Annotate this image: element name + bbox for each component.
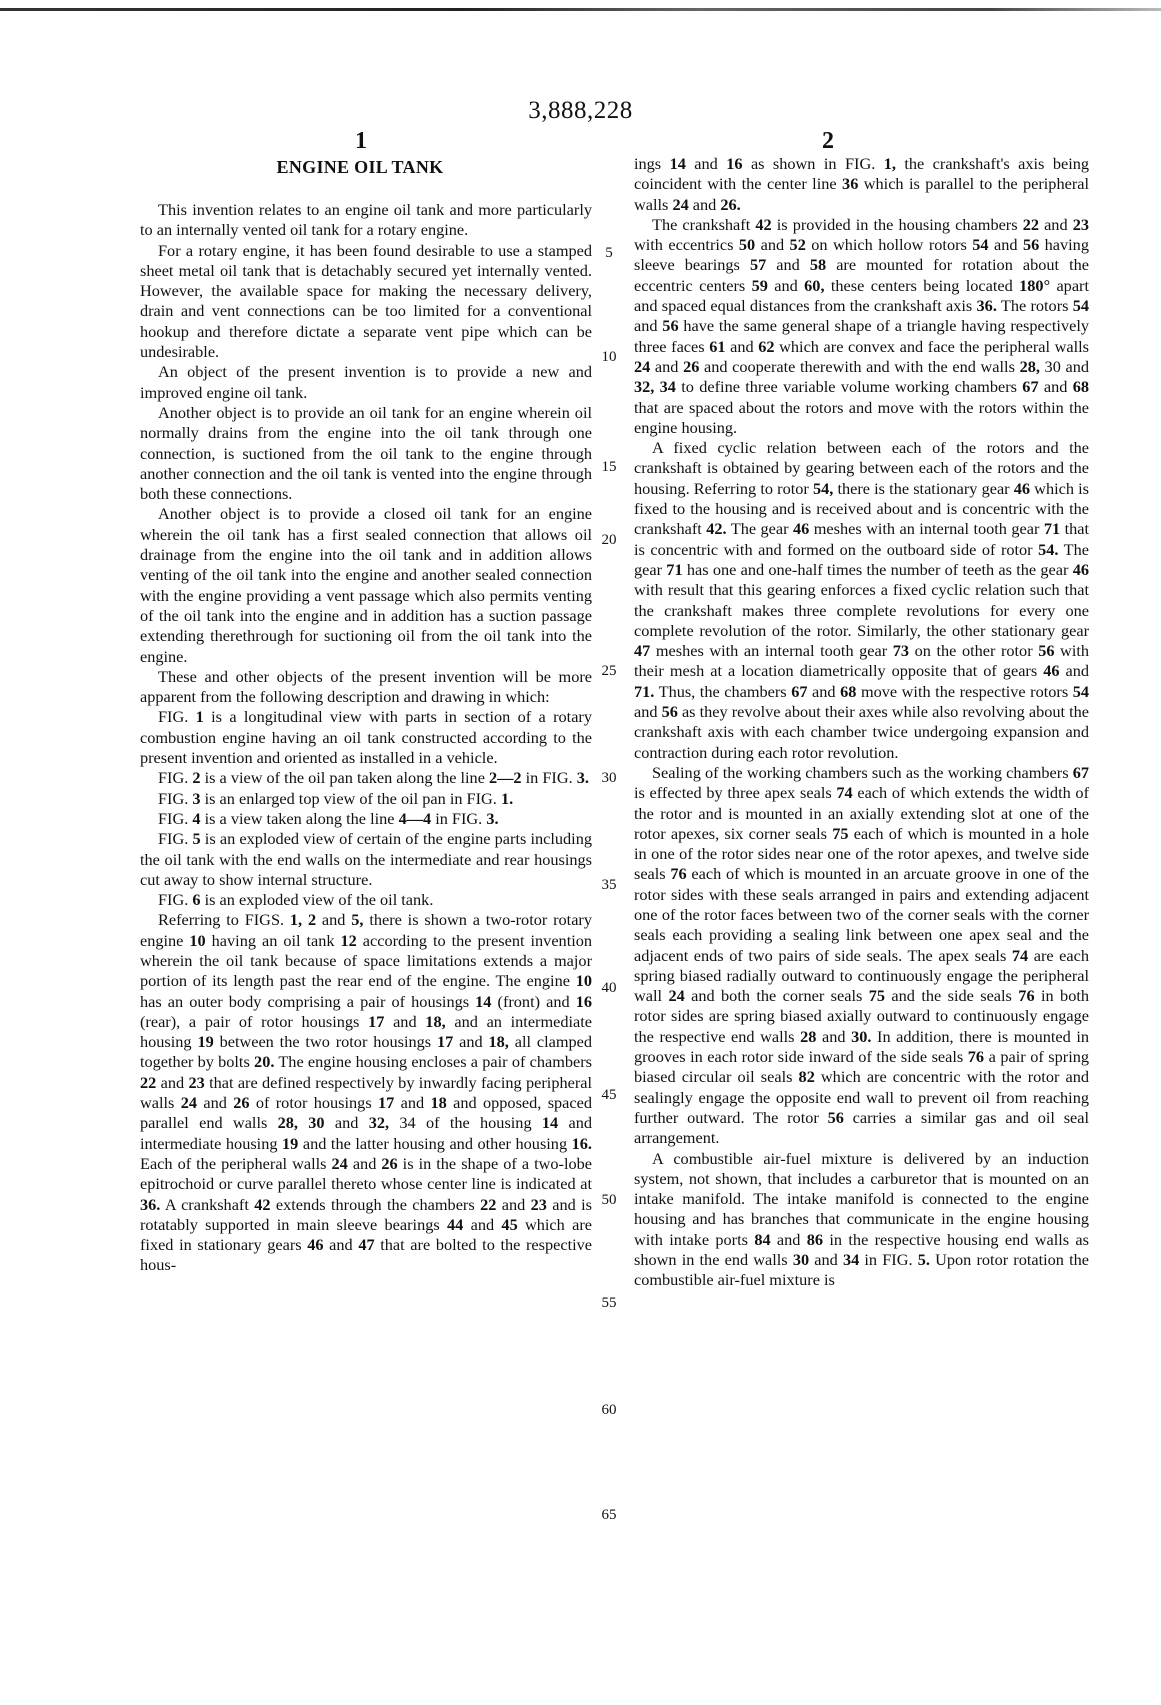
reference-numeral: 36 bbox=[842, 174, 858, 193]
text-run: and bbox=[816, 1027, 851, 1046]
line-number: 45 bbox=[594, 1087, 624, 1104]
reference-numeral: 14 bbox=[670, 154, 686, 173]
paragraph: FIG. 6 is an exploded view of the oil ta… bbox=[140, 890, 592, 910]
right-text-column: ings 14 and 16 as shown in FIG. 1, the c… bbox=[634, 154, 1089, 1291]
text-run: ings bbox=[634, 154, 670, 173]
reference-numeral: 45 bbox=[501, 1215, 517, 1234]
text-run: as they revolve about their axes while a… bbox=[634, 702, 1089, 762]
text-run: and bbox=[496, 1195, 530, 1214]
reference-numeral: 46 bbox=[793, 519, 809, 538]
reference-numeral: 28, 30 bbox=[278, 1113, 325, 1132]
reference-numeral: 46 bbox=[1073, 560, 1089, 579]
reference-numeral: 50 bbox=[739, 235, 755, 254]
reference-numeral: 17 bbox=[437, 1032, 453, 1051]
reference-numeral: 82 bbox=[799, 1067, 815, 1086]
text-run: For a rotary engine, it has been found d… bbox=[140, 241, 592, 361]
reference-numeral: 22 bbox=[1023, 215, 1039, 234]
reference-numeral: 24 bbox=[668, 986, 684, 1005]
reference-numeral: 56 bbox=[662, 702, 678, 721]
reference-numeral: 30 bbox=[793, 1250, 809, 1269]
text-run: The rotors bbox=[997, 296, 1073, 315]
reference-numeral: 54 bbox=[1073, 682, 1089, 701]
right-column-number: 2 bbox=[822, 128, 834, 155]
reference-numeral: 23 bbox=[1073, 215, 1089, 234]
reference-numeral: 28 bbox=[800, 1027, 816, 1046]
top-scan-rule bbox=[0, 8, 1161, 11]
reference-numeral: 28, bbox=[1020, 357, 1040, 376]
text-run: (rear), a pair of rotor housings bbox=[140, 1012, 368, 1031]
reference-numeral: 42. bbox=[706, 519, 726, 538]
reference-numeral: 54, bbox=[813, 479, 833, 498]
text-run: 34 of the housing bbox=[389, 1113, 542, 1132]
reference-numeral: 14 bbox=[475, 992, 491, 1011]
line-number: 10 bbox=[594, 349, 624, 366]
reference-numeral: 74 bbox=[836, 783, 852, 802]
text-run: and both the corner seals bbox=[685, 986, 869, 1005]
text-run: on which hollow rotors bbox=[806, 235, 972, 254]
reference-numeral: 67 bbox=[1022, 377, 1038, 396]
reference-numeral: 59 bbox=[752, 276, 768, 295]
reference-numeral: 24 bbox=[181, 1093, 197, 1112]
text-run: FIG. bbox=[158, 829, 192, 848]
text-run: FIG. bbox=[158, 707, 196, 726]
paragraph: For a rotary engine, it has been found d… bbox=[140, 241, 592, 363]
text-run: and bbox=[325, 1113, 369, 1132]
text-run: meshes with an internal tooth gear bbox=[809, 519, 1044, 538]
reference-numeral: 10 bbox=[189, 931, 205, 950]
reference-numeral: 71 bbox=[666, 560, 682, 579]
reference-numeral: 18, bbox=[489, 1032, 509, 1051]
text-run: in FIG. bbox=[859, 1250, 918, 1269]
reference-numeral: 52 bbox=[790, 235, 806, 254]
text-run: with result that this gearing enforces a… bbox=[634, 580, 1089, 640]
text-run: FIG. bbox=[158, 890, 192, 909]
text-run: with eccentrics bbox=[634, 235, 739, 254]
reference-numeral: 22 bbox=[140, 1073, 156, 1092]
reference-numeral: 42 bbox=[254, 1195, 270, 1214]
reference-numeral: 46 bbox=[1043, 661, 1059, 680]
text-run: and bbox=[634, 702, 662, 721]
reference-numeral: 26 bbox=[381, 1154, 397, 1173]
text-run: and bbox=[324, 1235, 359, 1254]
reference-numeral: 5, bbox=[351, 910, 363, 929]
text-run: Another object is to provide an oil tank… bbox=[140, 403, 592, 503]
text-run: is a view taken along the line bbox=[201, 809, 399, 828]
line-number: 5 bbox=[594, 245, 624, 262]
line-number: 30 bbox=[594, 770, 624, 787]
paragraph: Sealing of the working chambers such as … bbox=[634, 763, 1089, 1149]
reference-numeral: 14 bbox=[542, 1113, 558, 1132]
reference-numeral: 6 bbox=[192, 890, 200, 909]
document-title: ENGINE OIL TANK bbox=[140, 157, 580, 178]
text-run: and bbox=[384, 1012, 425, 1031]
reference-numeral: 73 bbox=[893, 641, 909, 660]
text-run: of rotor housings bbox=[250, 1093, 379, 1112]
text-run: having an oil tank bbox=[206, 931, 341, 950]
text-run: and bbox=[766, 255, 810, 274]
reference-numeral: 47 bbox=[358, 1235, 374, 1254]
text-run: An object of the present invention is to… bbox=[140, 362, 592, 401]
text-run: and bbox=[1039, 215, 1073, 234]
text-run: (front) and bbox=[491, 992, 575, 1011]
reference-numeral: 1, bbox=[884, 154, 896, 173]
reference-numeral: 19 bbox=[197, 1032, 213, 1051]
reference-numeral: 75 bbox=[832, 824, 848, 843]
text-run: and bbox=[650, 357, 683, 376]
text-run: and the latter housing and other housing bbox=[298, 1134, 571, 1153]
reference-numeral: 19 bbox=[282, 1134, 298, 1153]
reference-numeral: 71 bbox=[1044, 519, 1060, 538]
reference-numeral: 1. bbox=[501, 789, 513, 808]
reference-numeral: 24 bbox=[634, 357, 650, 376]
text-run: to define three variable volume working … bbox=[676, 377, 1022, 396]
text-run: Thus, the chambers bbox=[654, 682, 791, 701]
reference-numeral: 76 bbox=[968, 1047, 984, 1066]
text-run: and bbox=[316, 910, 351, 929]
text-run: A crankshaft bbox=[160, 1195, 254, 1214]
text-run: These and other objects of the present i… bbox=[140, 667, 592, 706]
paragraph: FIG. 2 is a view of the oil pan taken al… bbox=[140, 768, 592, 788]
reference-numeral: 5. bbox=[918, 1250, 930, 1269]
reference-numeral: 5 bbox=[192, 829, 200, 848]
text-run: extends through the chambers bbox=[271, 1195, 481, 1214]
reference-numeral: 76 bbox=[670, 864, 686, 883]
line-number: 15 bbox=[594, 459, 624, 476]
reference-numeral: 12 bbox=[341, 931, 357, 950]
line-number: 40 bbox=[594, 980, 624, 997]
reference-numeral: 36. bbox=[977, 296, 997, 315]
line-number: 55 bbox=[594, 1295, 624, 1312]
paragraph: These and other objects of the present i… bbox=[140, 667, 592, 708]
line-number: 20 bbox=[594, 532, 624, 549]
reference-numeral: 1, 2 bbox=[290, 910, 316, 929]
line-number: 65 bbox=[594, 1507, 624, 1524]
reference-numeral: 54. bbox=[1038, 540, 1058, 559]
text-run: and bbox=[689, 195, 721, 214]
text-run: The engine housing encloses a pair of ch… bbox=[274, 1052, 592, 1071]
text-run: and bbox=[348, 1154, 382, 1173]
patent-number: 3,888,228 bbox=[0, 97, 1161, 125]
reference-numeral: 71. bbox=[634, 682, 654, 701]
reference-numeral: 84 bbox=[754, 1230, 770, 1249]
reference-numeral: 26. bbox=[720, 195, 740, 214]
text-run: is a view of the oil pan taken along the… bbox=[201, 768, 489, 787]
reference-numeral: 67 bbox=[1073, 763, 1089, 782]
reference-numeral: 23 bbox=[531, 1195, 547, 1214]
text-run: and bbox=[771, 1230, 807, 1249]
text-run: move with the respective rotors bbox=[856, 682, 1072, 701]
text-run: This invention relates to an engine oil … bbox=[140, 200, 592, 239]
text-run: has one and one-half times the number of… bbox=[683, 560, 1073, 579]
reference-numeral: 180° bbox=[1019, 276, 1050, 295]
line-number: 60 bbox=[594, 1402, 624, 1419]
text-run: that are spaced about the rotors and mov… bbox=[634, 398, 1089, 437]
paragraph: Another object is to provide an oil tank… bbox=[140, 403, 592, 504]
text-run: these centers being located bbox=[825, 276, 1020, 295]
reference-numeral: 23 bbox=[188, 1073, 204, 1092]
text-run: and bbox=[755, 235, 789, 254]
paragraph: FIG. 1 is a longitudinal view with parts… bbox=[140, 707, 592, 768]
line-number: 50 bbox=[594, 1192, 624, 1209]
reference-numeral: 10 bbox=[576, 971, 592, 990]
text-run: and bbox=[809, 1250, 843, 1269]
text-run: FIG. bbox=[158, 789, 192, 808]
reference-numeral: 20. bbox=[254, 1052, 274, 1071]
text-run: The gear bbox=[727, 519, 793, 538]
reference-numeral: 30. bbox=[851, 1027, 871, 1046]
paragraph: The crankshaft 42 is provided in the hou… bbox=[634, 215, 1089, 438]
text-run: has an outer body comprising a pair of h… bbox=[140, 992, 475, 1011]
reference-numeral: 3 bbox=[192, 789, 200, 808]
text-run: 30 and bbox=[1040, 357, 1089, 376]
text-run: Each of the peripheral walls bbox=[140, 1154, 332, 1173]
text-run: is an exploded view of certain of the en… bbox=[140, 829, 592, 889]
reference-numeral: 57 bbox=[750, 255, 766, 274]
text-run: The crankshaft bbox=[652, 215, 755, 234]
reference-numeral: 47 bbox=[634, 641, 650, 660]
reference-numeral: 2 bbox=[192, 768, 200, 787]
paragraph: Another object is to provide a closed oi… bbox=[140, 504, 592, 666]
reference-numeral: 1 bbox=[196, 707, 204, 726]
text-run: is provided in the housing chambers bbox=[772, 215, 1023, 234]
paragraph: This invention relates to an engine oil … bbox=[140, 200, 592, 241]
text-run: and cooperate therewith and with the end… bbox=[699, 357, 1019, 376]
left-text-column: This invention relates to an engine oil … bbox=[140, 200, 592, 1276]
text-run: as shown in FIG. bbox=[743, 154, 884, 173]
paragraph: ings 14 and 16 as shown in FIG. 1, the c… bbox=[634, 154, 1089, 215]
paragraph: FIG. 4 is a view taken along the line 4—… bbox=[140, 809, 592, 829]
text-run: and bbox=[463, 1215, 501, 1234]
text-run: and bbox=[156, 1073, 188, 1092]
text-run: between the two rotor housings bbox=[214, 1032, 437, 1051]
text-run: meshes with an internal tooth gear bbox=[650, 641, 892, 660]
reference-numeral: 67 bbox=[791, 682, 807, 701]
text-run: in FIG. bbox=[522, 768, 577, 787]
text-run: is an enlarged top view of the oil pan i… bbox=[201, 789, 501, 808]
text-run: is an exploded view of the oil tank. bbox=[201, 890, 434, 909]
reference-numeral: 56 bbox=[1023, 235, 1039, 254]
text-run: FIG. bbox=[158, 768, 192, 787]
reference-numeral: 54 bbox=[972, 235, 988, 254]
left-column-number: 1 bbox=[355, 128, 367, 155]
text-run: and bbox=[768, 276, 804, 295]
reference-numeral: 44 bbox=[447, 1215, 463, 1234]
reference-numeral: 86 bbox=[807, 1230, 823, 1249]
text-run: is a longitudinal view with parts in sec… bbox=[140, 707, 592, 767]
text-run: on the other rotor bbox=[909, 641, 1038, 660]
reference-numeral: 4 bbox=[192, 809, 200, 828]
reference-numeral: 24 bbox=[672, 195, 688, 214]
reference-numeral: 68 bbox=[840, 682, 856, 701]
paragraph: FIG. 5 is an exploded view of certain of… bbox=[140, 829, 592, 890]
text-run: Referring to FIGS. bbox=[158, 910, 290, 929]
text-run: FIG. bbox=[158, 809, 192, 828]
text-run: and bbox=[726, 337, 759, 356]
reference-numeral: 2—2 bbox=[489, 768, 522, 787]
text-run: and bbox=[197, 1093, 233, 1112]
text-run: in FIG. bbox=[431, 809, 486, 828]
reference-numeral: 24 bbox=[332, 1154, 348, 1173]
text-run: and the side seals bbox=[885, 986, 1018, 1005]
reference-numeral: 46 bbox=[1014, 479, 1030, 498]
reference-numeral: 46 bbox=[307, 1235, 323, 1254]
reference-numeral: 58 bbox=[810, 255, 826, 274]
text-run: and bbox=[989, 235, 1023, 254]
reference-numeral: 17 bbox=[368, 1012, 384, 1031]
reference-numeral: 3. bbox=[577, 768, 589, 787]
text-run: is effected by three apex seals bbox=[634, 783, 836, 802]
text-run: Another object is to provide a closed oi… bbox=[140, 504, 592, 665]
reference-numeral: 56 bbox=[828, 1108, 844, 1127]
reference-numeral: 18 bbox=[431, 1093, 447, 1112]
paragraph: Referring to FIGS. 1, 2 and 5, there is … bbox=[140, 910, 592, 1275]
reference-numeral: 4—4 bbox=[399, 809, 432, 828]
reference-numeral: 18, bbox=[425, 1012, 445, 1031]
reference-numeral: 62 bbox=[758, 337, 774, 356]
reference-numeral: 26 bbox=[233, 1093, 249, 1112]
paragraph: A fixed cyclic relation between each of … bbox=[634, 438, 1089, 763]
reference-numeral: 76 bbox=[1018, 986, 1034, 1005]
reference-numeral: 16 bbox=[726, 154, 742, 173]
reference-numeral: 54 bbox=[1073, 296, 1089, 315]
reference-numeral: 61 bbox=[709, 337, 725, 356]
reference-numeral: 16 bbox=[576, 992, 592, 1011]
reference-numeral: 32, bbox=[369, 1113, 389, 1132]
reference-numeral: 26 bbox=[683, 357, 699, 376]
text-run: and bbox=[634, 316, 662, 335]
reference-numeral: 36. bbox=[140, 1195, 160, 1214]
paragraph: FIG. 3 is an enlarged top view of the oi… bbox=[140, 789, 592, 809]
text-run: and bbox=[807, 682, 840, 701]
reference-numeral: 34 bbox=[843, 1250, 859, 1269]
paragraph: A combustible air-fuel mixture is delive… bbox=[634, 1149, 1089, 1291]
reference-numeral: 60, bbox=[804, 276, 824, 295]
reference-numeral: 56 bbox=[662, 316, 678, 335]
text-run: and bbox=[394, 1093, 430, 1112]
paragraph: An object of the present invention is to… bbox=[140, 362, 592, 403]
line-number: 35 bbox=[594, 877, 624, 894]
text-run: there is the stationary gear bbox=[833, 479, 1013, 498]
text-run: which are convex and face the peripheral… bbox=[775, 337, 1089, 356]
text-run: and bbox=[453, 1032, 488, 1051]
reference-numeral: 68 bbox=[1073, 377, 1089, 396]
reference-numeral: 32, 34 bbox=[634, 377, 676, 396]
text-run: and bbox=[686, 154, 726, 173]
reference-numeral: 42 bbox=[755, 215, 771, 234]
reference-numeral: 3. bbox=[486, 809, 498, 828]
reference-numeral: 17 bbox=[378, 1093, 394, 1112]
reference-numeral: 22 bbox=[480, 1195, 496, 1214]
text-run: and bbox=[1059, 661, 1089, 680]
text-run: Sealing of the working chambers such as … bbox=[652, 763, 1073, 782]
reference-numeral: 16. bbox=[572, 1134, 592, 1153]
reference-numeral: 74 bbox=[1012, 946, 1028, 965]
reference-numeral: 56 bbox=[1038, 641, 1054, 660]
line-number: 25 bbox=[594, 663, 624, 680]
reference-numeral: 75 bbox=[869, 986, 885, 1005]
text-run: and bbox=[1039, 377, 1073, 396]
